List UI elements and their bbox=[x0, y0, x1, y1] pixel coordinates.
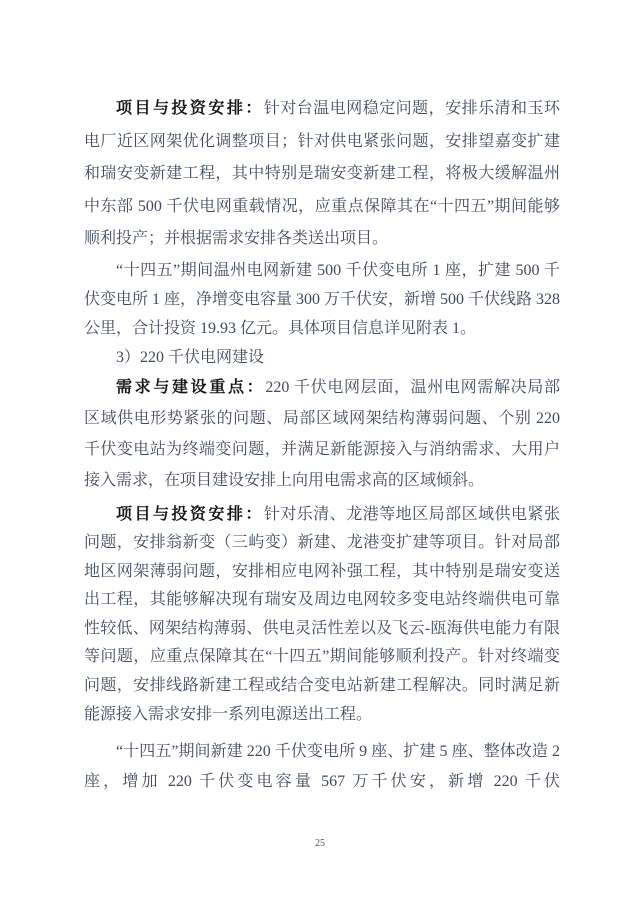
paragraph-text: 针对台温电网稳定问题，安排乐清和玉环电厂近区网架优化调整项目；针对供电紧张问题，… bbox=[84, 100, 560, 247]
document-page: 项目与投资安排：针对台温电网稳定问题，安排乐清和玉环电厂近区网架优化调整项目；针… bbox=[0, 0, 640, 905]
paragraph-text: 针对乐清、龙港等地区局部区域供电紧张问题，安排翁新变（三屿变）新建、龙港变扩建等… bbox=[84, 506, 560, 723]
paragraph: “十四五”期间新建 220 千伏变电所 9 座、扩建 5 座、整体改造 2 座，… bbox=[84, 737, 560, 797]
page-content: 项目与投资安排：针对台温电网稳定问题，安排乐清和玉环电厂近区网架优化调整项目；针… bbox=[84, 93, 560, 797]
section-heading-text: 3）220 千伏电网建设 bbox=[116, 349, 264, 366]
paragraph: 项目与投资安排：针对乐清、龙港等地区局部区域供电紧张问题，安排翁新变（三屿变）新… bbox=[84, 501, 560, 730]
section-heading: 3）220 千伏电网建设 bbox=[84, 343, 560, 372]
paragraph-lead-label: 项目与投资安排： bbox=[116, 100, 264, 117]
paragraph: 项目与投资安排：针对台温电网稳定问题，安排乐清和玉环电厂近区网架优化调整项目；针… bbox=[84, 93, 560, 256]
paragraph: 需求与建设重点：220 千伏电网层面，温州电网需解决局部区域供电形势紧张的问题、… bbox=[84, 372, 560, 496]
paragraph-text: “十四五”期间新建 220 千伏变电所 9 座、扩建 5 座、整体改造 2 座，… bbox=[84, 743, 560, 790]
paragraph-lead-label: 项目与投资安排： bbox=[116, 506, 264, 523]
paragraph-lead-label: 需求与建设重点： bbox=[116, 379, 265, 396]
page-number: 25 bbox=[0, 838, 640, 849]
paragraph: “十四五”期间温州电网新建 500 千伏变电所 1 座，扩建 500 千伏变电所… bbox=[84, 256, 560, 343]
paragraph-text: “十四五”期间温州电网新建 500 千伏变电所 1 座，扩建 500 千伏变电所… bbox=[84, 262, 560, 337]
